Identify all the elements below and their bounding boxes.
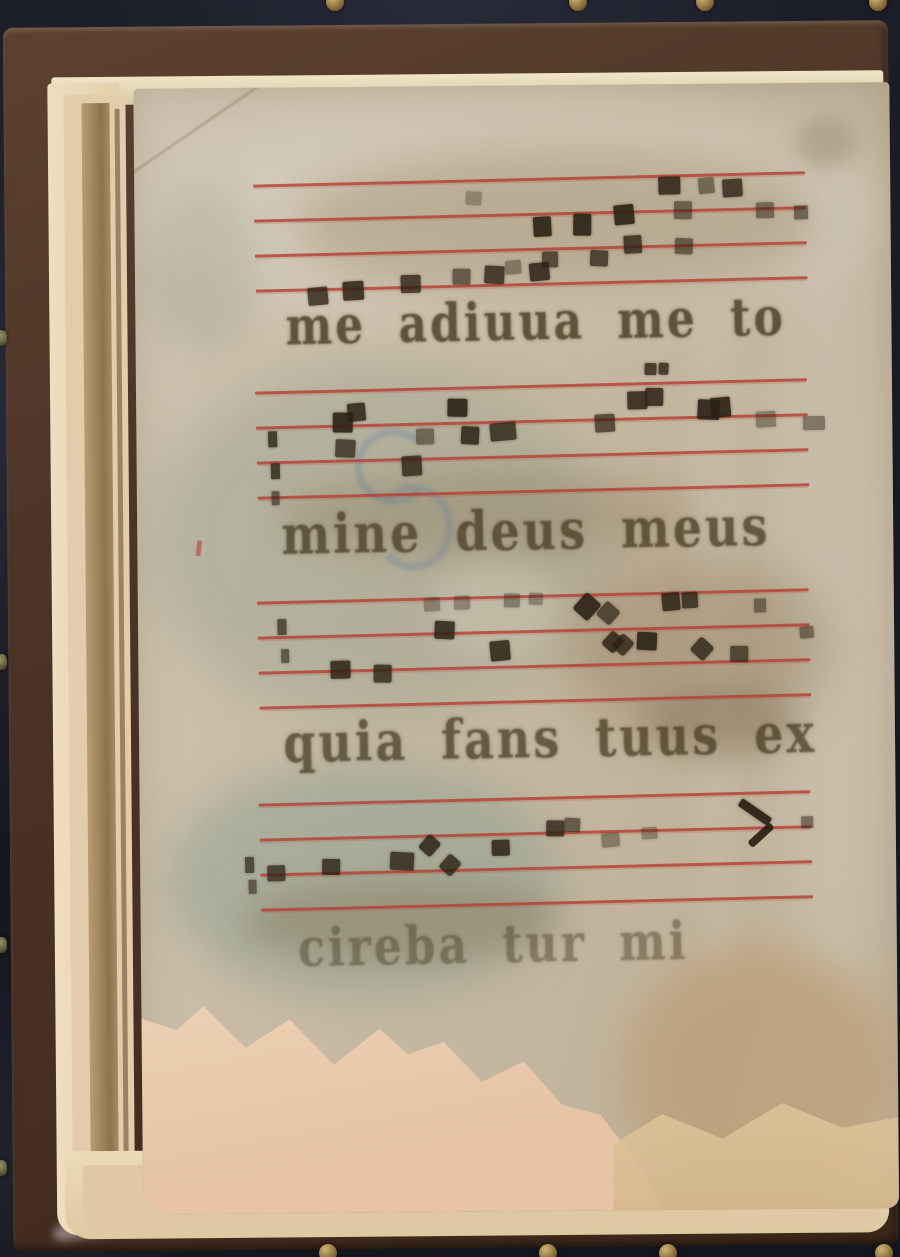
neume-note xyxy=(803,416,825,431)
neume-note xyxy=(504,593,520,607)
neume-note xyxy=(658,176,680,195)
parchment-stain xyxy=(146,182,257,353)
neume-note xyxy=(564,818,581,833)
neume-note xyxy=(465,191,482,206)
neume-note xyxy=(613,204,635,226)
neume-note xyxy=(801,816,813,828)
neume-note xyxy=(722,178,743,197)
neume-note xyxy=(590,250,609,267)
neume-note xyxy=(248,880,256,894)
neume-note xyxy=(277,619,286,635)
neume-note xyxy=(447,399,467,417)
neume-note xyxy=(489,421,517,441)
custos-mark xyxy=(738,798,773,826)
neume-note xyxy=(546,820,564,836)
neume-note xyxy=(645,388,663,406)
red-margin-mark xyxy=(195,540,202,557)
neume-note xyxy=(492,840,510,856)
staff-line xyxy=(260,860,812,876)
neume-note xyxy=(401,455,422,476)
neume-note xyxy=(505,260,522,275)
neume-note xyxy=(681,592,698,609)
neume-note xyxy=(484,265,505,284)
neume-note xyxy=(754,598,766,612)
neume-note xyxy=(438,853,462,877)
neume-note xyxy=(390,852,415,871)
neume-note xyxy=(533,216,552,237)
staff-line xyxy=(254,206,806,222)
staff-line xyxy=(255,378,807,394)
neume-note xyxy=(573,214,591,236)
parchment-page: me adiuua me tomine deus meusquia fans t… xyxy=(133,82,899,1215)
neume-note xyxy=(268,431,277,447)
neume-note xyxy=(674,201,692,219)
neume-note xyxy=(434,621,455,640)
neume-note xyxy=(710,396,732,418)
parchment-crease xyxy=(133,82,285,176)
neume-note xyxy=(424,597,441,612)
brass-stud xyxy=(659,1244,677,1257)
neume-note xyxy=(756,202,774,218)
brass-stud xyxy=(875,1244,893,1257)
exposed-paper-region xyxy=(141,964,663,1215)
brass-stud xyxy=(0,654,7,670)
neume-note xyxy=(281,649,289,663)
staff-line xyxy=(255,241,807,257)
book: me adiuua me tomine deus meusquia fans t… xyxy=(0,0,900,1257)
parchment-stain xyxy=(796,116,856,167)
neume-note xyxy=(755,411,776,428)
chant-text-line-1: me adiuua me to xyxy=(285,288,786,358)
neume-note xyxy=(641,827,658,840)
staff-line xyxy=(259,825,811,841)
chant-text-line-4: cireba tur mi xyxy=(298,912,689,980)
neume-note xyxy=(644,363,656,375)
manuscript-photo-scene: me adiuua me tomine deus meusquia fans t… xyxy=(0,0,900,1257)
neume-note xyxy=(461,426,480,445)
chant-text-line-2: mine deus meus xyxy=(281,494,771,567)
brass-stud xyxy=(0,330,7,346)
neume-note xyxy=(416,428,434,444)
neume-note xyxy=(271,491,279,505)
neume-note xyxy=(637,632,658,651)
neume-note xyxy=(245,857,254,873)
neume-note xyxy=(271,463,280,479)
neume-note xyxy=(661,592,681,612)
neume-note xyxy=(730,646,748,662)
brass-stud xyxy=(319,1244,337,1257)
neume-note xyxy=(689,636,714,661)
neume-note xyxy=(601,832,620,848)
staff-line xyxy=(261,895,813,911)
staff-line xyxy=(258,623,810,639)
neume-note xyxy=(623,235,642,254)
neume-note xyxy=(452,269,470,285)
brass-stud xyxy=(0,937,7,953)
brass-stud xyxy=(539,1244,557,1257)
neume-note xyxy=(529,593,544,606)
neume-note xyxy=(330,660,350,678)
neume-note xyxy=(454,595,470,609)
neume-note xyxy=(489,640,511,662)
neume-note xyxy=(698,177,715,194)
neume-note xyxy=(658,362,669,374)
brass-stud xyxy=(0,1160,7,1176)
neume-note xyxy=(374,665,392,683)
chant-text-line-3: quia fans tuus ex xyxy=(283,701,818,775)
staff-line xyxy=(259,790,811,806)
neume-note xyxy=(594,414,615,433)
neume-note xyxy=(347,402,367,422)
neume-note xyxy=(322,859,340,875)
neume-note xyxy=(542,251,558,267)
worn-region-bottom-right xyxy=(612,1082,899,1210)
neume-note xyxy=(674,238,693,255)
neume-note xyxy=(794,205,808,219)
neume-note xyxy=(799,626,814,639)
neume-note xyxy=(267,865,285,881)
neume-note xyxy=(335,439,356,458)
neume-note xyxy=(400,275,420,293)
